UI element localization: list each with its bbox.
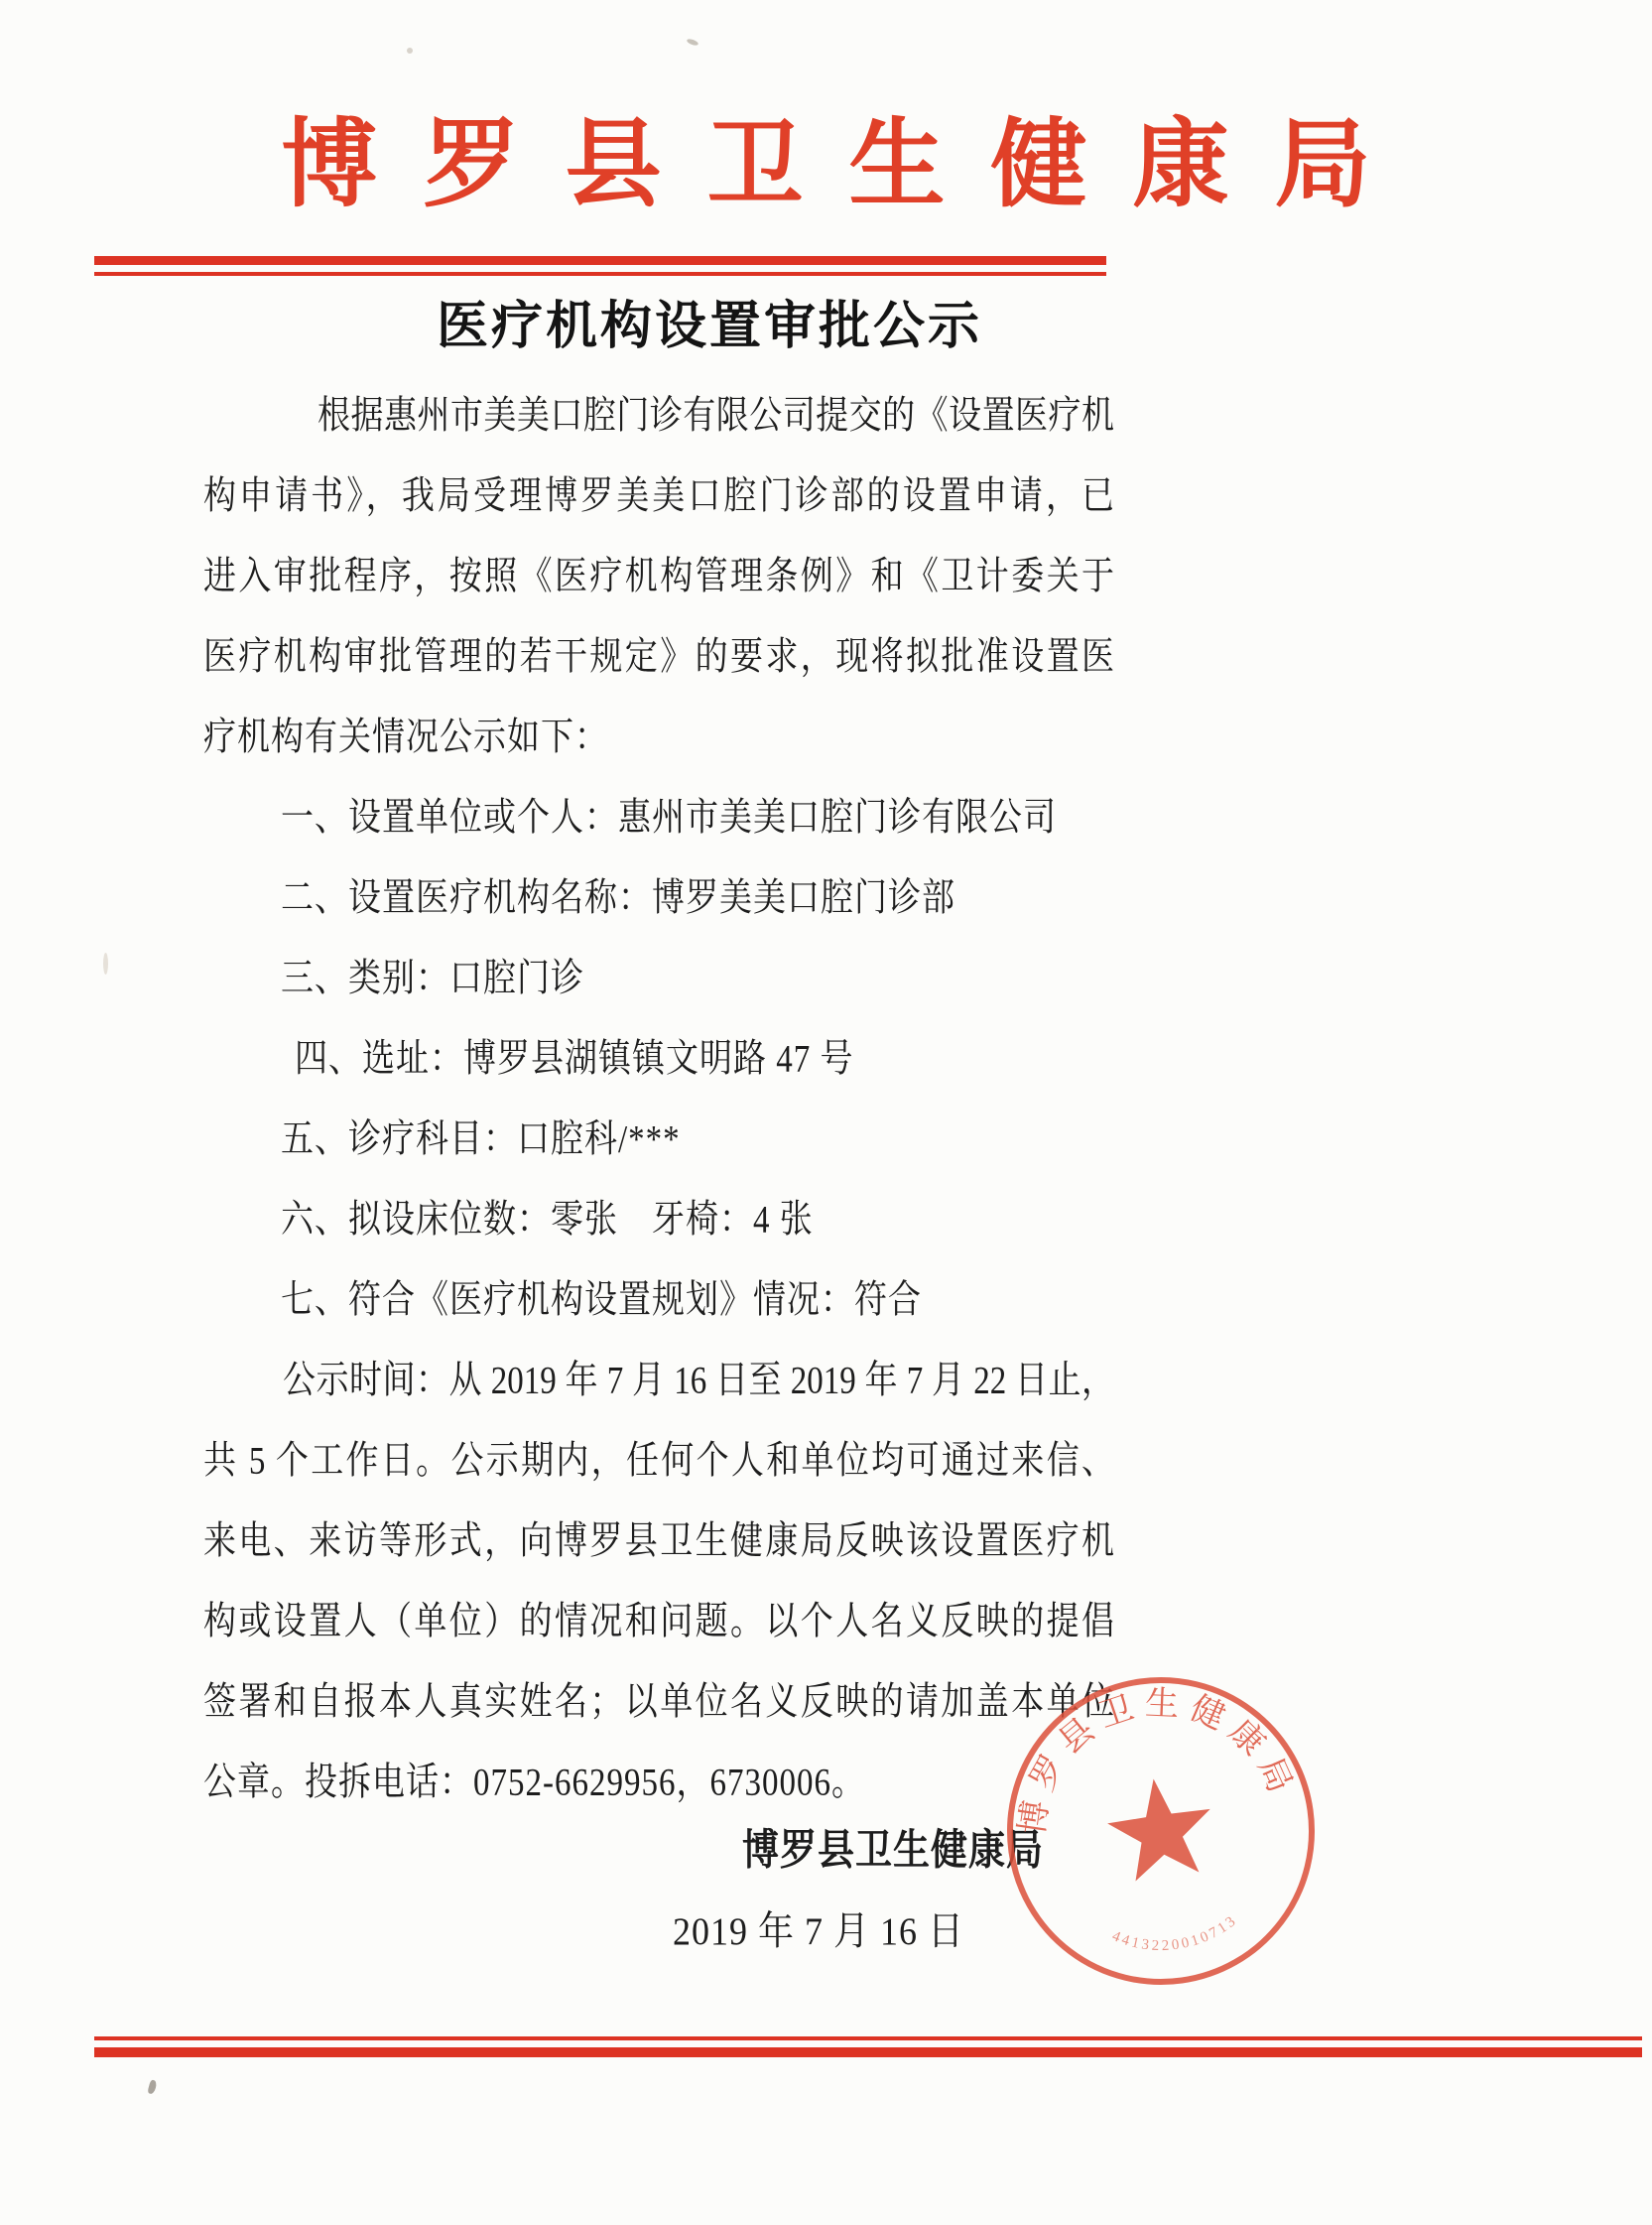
- header-rule-thin: [94, 272, 1106, 276]
- signature-org: 博罗县卫生健康局: [742, 1830, 1044, 1873]
- seal-code: 4413220010713: [1108, 1911, 1244, 1962]
- signature-date: 2019 年 7 月 16 日: [673, 1911, 964, 1951]
- footer-rule-thick: [94, 2047, 1642, 2057]
- scan-artifact: [147, 2079, 157, 2094]
- notice-body: 根据惠州市美美口腔门诊有限公司提交的《设置医疗机 构申请书》，我局受理博罗美美口…: [203, 377, 1114, 1824]
- scan-artifact: [103, 953, 108, 975]
- document-title: 医疗机构设置审批公示: [437, 284, 982, 358]
- header-rule-thick: [94, 256, 1106, 265]
- footer-rule-thin: [94, 2036, 1642, 2040]
- scan-artifact: [407, 48, 413, 54]
- body-line: 公章。投拆电话：0752-6629956，6730006。: [203, 1737, 1114, 1832]
- document-page: 博罗县卫生健康局 医疗机构设置审批公示 根据惠州市美美口腔门诊有限公司提交的《设…: [0, 0, 1652, 2225]
- letterhead-org-name: 博罗县卫生健康局: [0, 115, 1652, 216]
- scan-artifact: [687, 38, 699, 47]
- seal-star-icon: [1102, 1771, 1218, 1884]
- svg-text:4413220010713: 4413220010713: [1108, 1911, 1244, 1962]
